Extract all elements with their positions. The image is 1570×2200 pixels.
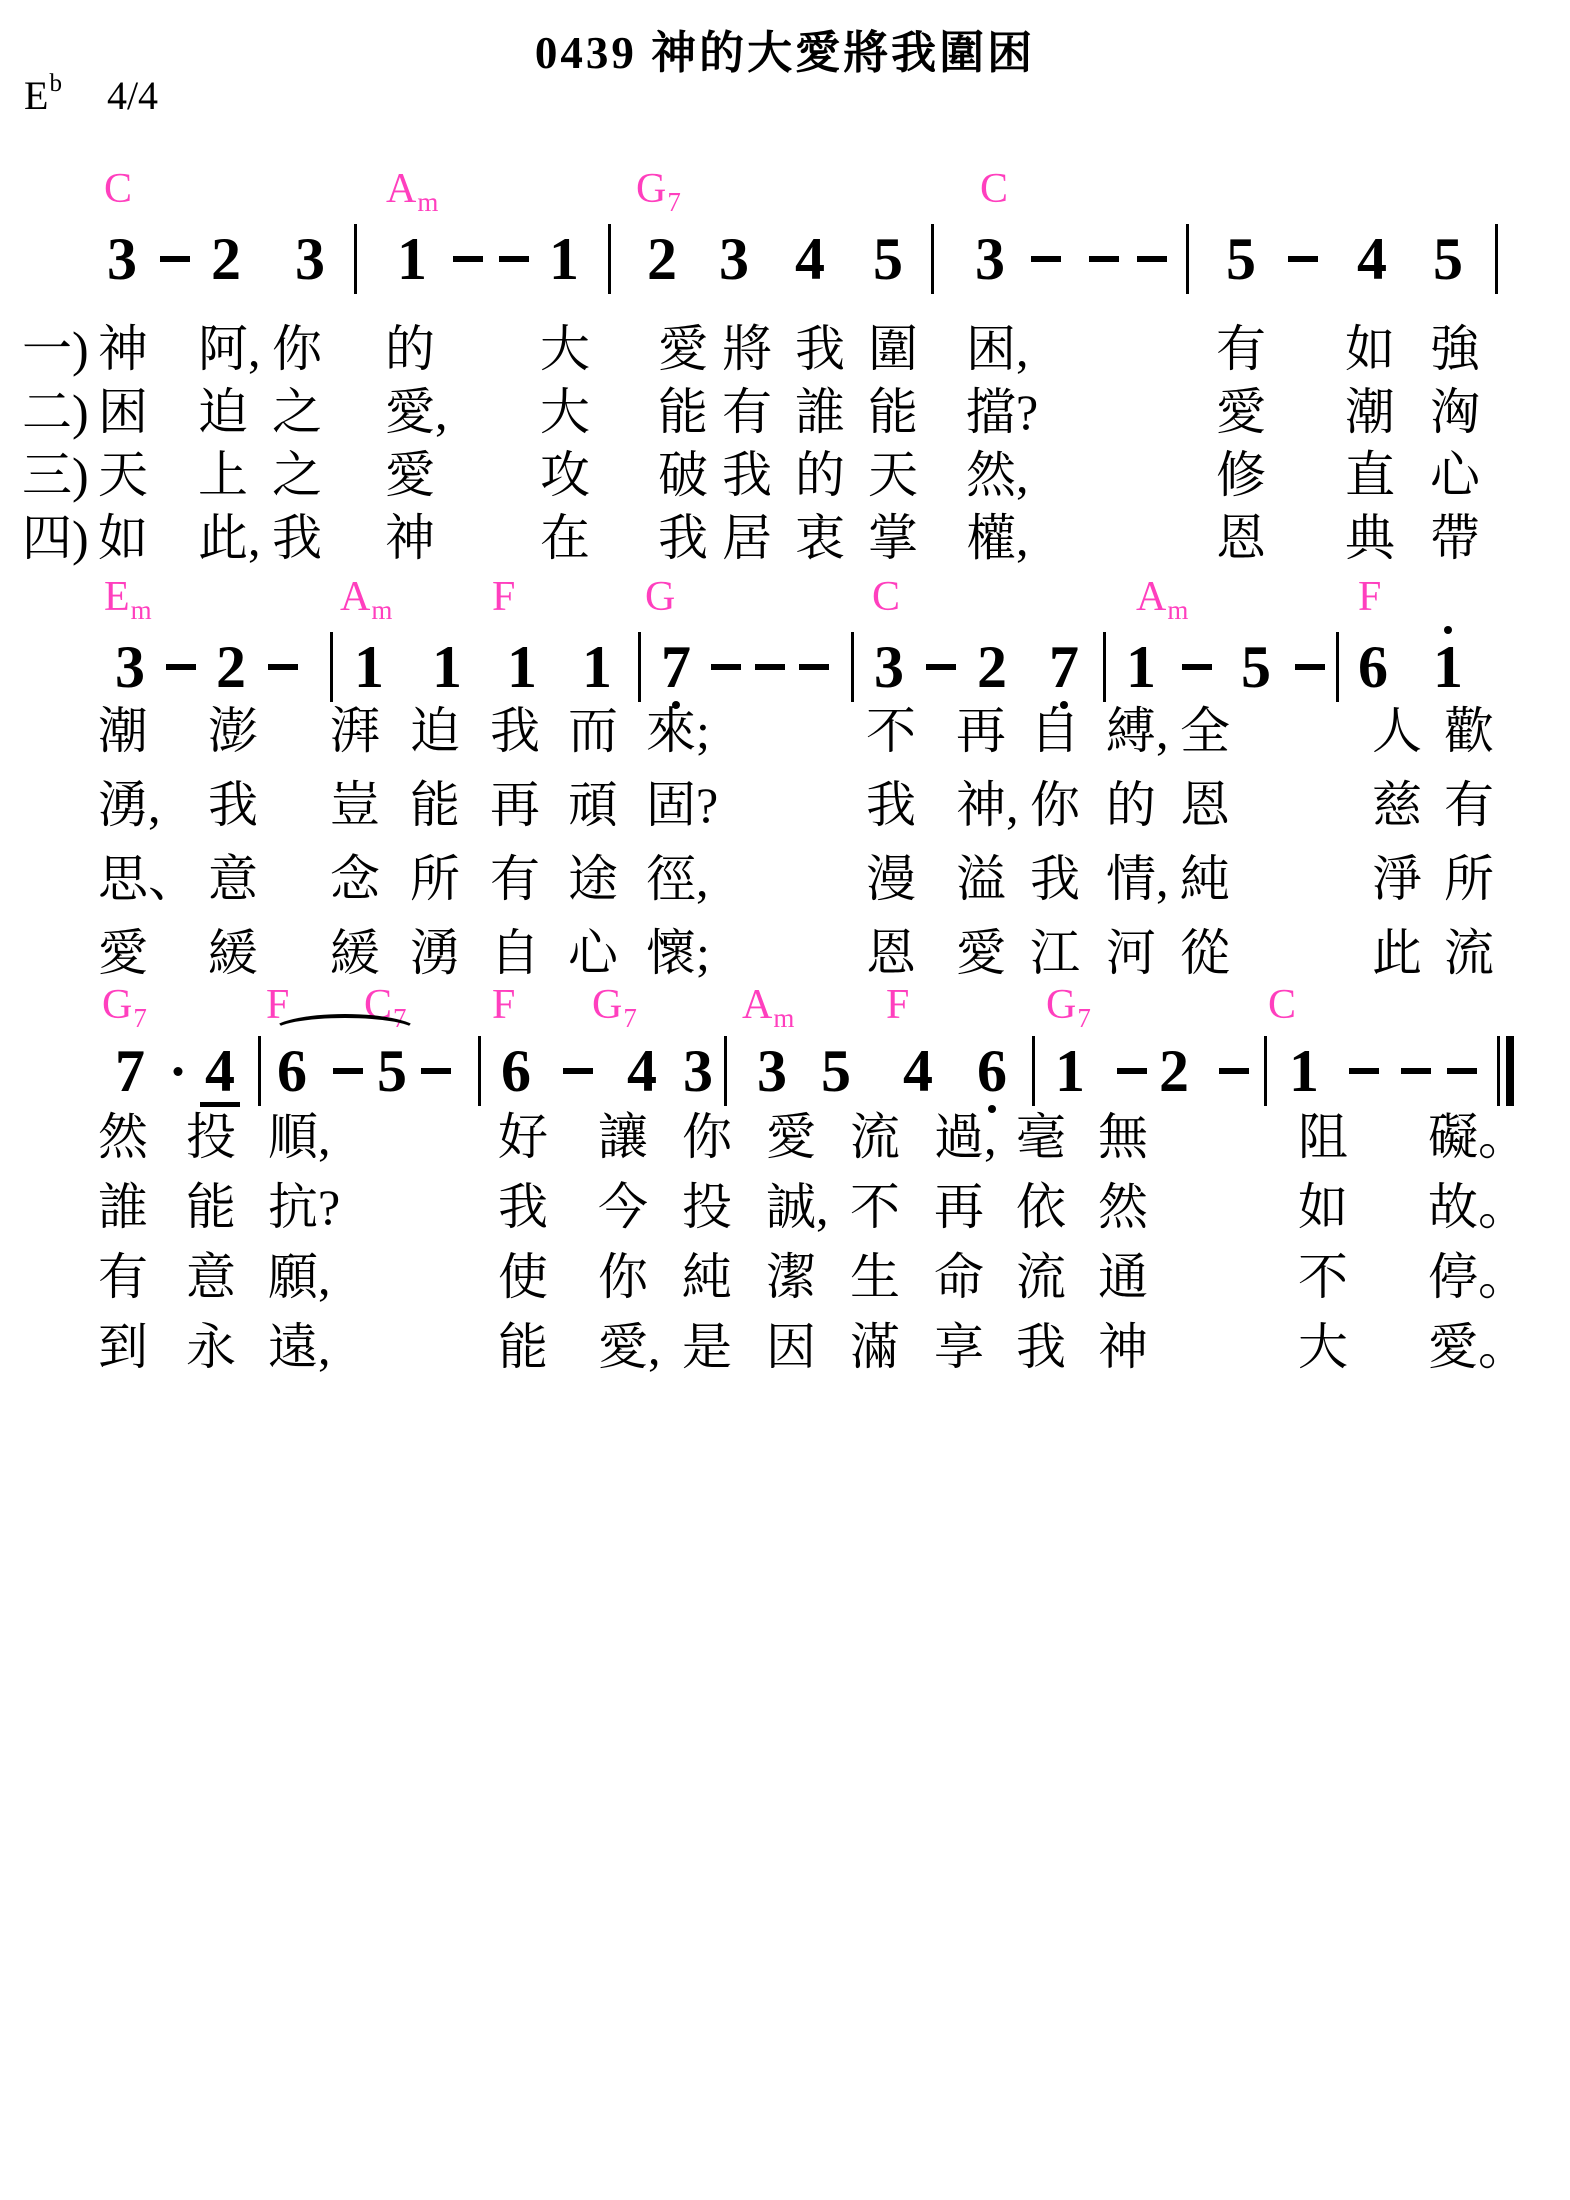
chord-label: F — [886, 982, 909, 1028]
lyric-text: 衷 — [795, 511, 845, 565]
note-dash — [563, 1068, 593, 1074]
lyric-text: 我 — [208, 778, 258, 832]
chord-root: F — [886, 982, 909, 1028]
chord-root: A — [386, 166, 416, 212]
lyric-text: 流 — [1016, 1250, 1066, 1304]
lyric-text: 破 — [658, 448, 708, 502]
lyric-text: 自 — [1030, 704, 1080, 758]
chord-root: F — [1358, 574, 1381, 620]
lyric-text: 然 — [98, 1110, 148, 1164]
lyric-text: 純 — [1180, 852, 1230, 906]
note-digit: 1 — [354, 636, 384, 698]
lyric-text: 大 — [540, 322, 590, 376]
lyric-text: 天 — [98, 448, 148, 502]
barline — [851, 632, 854, 702]
barline — [1495, 224, 1498, 294]
lyric-text: 能 — [186, 1180, 236, 1234]
final-double-barline — [1497, 1036, 1515, 1106]
lyric-text: 能 — [658, 385, 708, 439]
note-digit: 1 — [549, 228, 579, 290]
lyric-text: 四) — [22, 511, 89, 565]
note-dash — [453, 256, 483, 262]
lyric-text: 我 — [498, 1180, 548, 1234]
lyric-text: 不 — [850, 1180, 900, 1234]
lyric-text: 在 — [540, 511, 590, 565]
lyric-text: 淨 — [1372, 852, 1422, 906]
lyric-text: 滿 — [850, 1320, 900, 1374]
chord-root: C — [872, 574, 900, 620]
chord-root: F — [492, 982, 515, 1028]
lyric-text: 故。 — [1428, 1180, 1528, 1234]
lyric-text: 神 — [385, 511, 435, 565]
lyric-text: 愛。 — [1428, 1320, 1528, 1374]
lyric-text: 誰 — [98, 1180, 148, 1234]
lyric-text: 使 — [498, 1250, 548, 1304]
lyric-text: 迫 — [198, 385, 248, 439]
barline — [1032, 1036, 1035, 1106]
note-dash — [1137, 256, 1167, 262]
time-signature: 4/4 — [107, 73, 158, 118]
note-dash — [1349, 1068, 1379, 1074]
lyric-text: 圍 — [868, 322, 918, 376]
chord-label: C — [980, 166, 1008, 212]
chord-label: C — [1268, 982, 1296, 1028]
chord-label: Am — [386, 166, 438, 216]
note-digit: 4 — [903, 1040, 933, 1102]
chord-subscript: m — [1167, 595, 1188, 625]
note-digit: 1 — [1289, 1040, 1319, 1102]
barline — [1103, 632, 1106, 702]
note-dash — [1295, 664, 1325, 670]
chord-root: F — [492, 574, 515, 620]
lyric-text: 湧, — [98, 778, 161, 832]
barline — [1186, 224, 1189, 294]
note-digit: 2 — [216, 636, 246, 698]
lyric-text: 大 — [540, 385, 590, 439]
lyric-text: 湧 — [410, 926, 460, 980]
lyric-text: 從 — [1180, 926, 1230, 980]
lyric-text: 頑 — [568, 778, 618, 832]
note-digit: 5 — [873, 228, 903, 290]
lyric-text: 全 — [1180, 704, 1230, 758]
lyric-text: 愛, — [385, 385, 448, 439]
chord-label: G — [645, 574, 675, 620]
lyric-text: 如 — [1298, 1180, 1348, 1234]
chord-label: G7 — [102, 982, 147, 1032]
lyric-text: 天 — [868, 448, 918, 502]
chord-label: G7 — [1046, 982, 1091, 1032]
lyric-text: 愛 — [98, 926, 148, 980]
lyric-text: 困 — [98, 385, 148, 439]
lyric-text: 掌 — [868, 511, 918, 565]
hymn-sheet-page: 0439 神的大愛將我圍困 Eb4/4 CAmG7C3231123453545一… — [0, 0, 1570, 2200]
note-digit: 5 — [1241, 636, 1271, 698]
lyric-text: 能 — [410, 778, 460, 832]
lyric-text: 再 — [490, 778, 540, 832]
chord-root: A — [1136, 574, 1166, 620]
lyric-text: 再 — [956, 704, 1006, 758]
lyric-text: 抗? — [268, 1180, 340, 1234]
lyric-text: 流 — [1444, 926, 1494, 980]
lyric-text: 一) — [22, 322, 89, 376]
lyric-text: 固? — [646, 778, 718, 832]
barline — [354, 224, 357, 294]
note-digit: 1 — [397, 228, 427, 290]
lyric-text: 阿, — [198, 322, 261, 376]
chord-subscript: 7 — [667, 187, 681, 217]
chord-label: C — [872, 574, 900, 620]
lyric-text: 上 — [198, 448, 248, 502]
lyric-text: 我 — [1030, 852, 1080, 906]
chord-label: G7 — [636, 166, 681, 216]
lyric-text: 純 — [682, 1250, 732, 1304]
note-digit: 7 — [661, 636, 691, 698]
lyric-text: 停。 — [1428, 1250, 1528, 1304]
note-dash — [1031, 256, 1061, 262]
lyric-text: 愛 — [1216, 385, 1266, 439]
note-digit: 3 — [107, 228, 137, 290]
lyric-text: 恩 — [866, 926, 916, 980]
note-digit: 4 — [200, 1040, 240, 1107]
barline — [1336, 632, 1339, 702]
chord-subscript: m — [371, 595, 392, 625]
chord-label: G7 — [592, 982, 637, 1032]
lyric-text: 徑, — [646, 852, 709, 906]
chord-label: Am — [742, 982, 794, 1032]
note-dash — [1219, 1068, 1249, 1074]
note-digit: 1 — [507, 636, 537, 698]
lyric-text: 你 — [1030, 778, 1080, 832]
lyric-text: 緩 — [208, 926, 258, 980]
lyric-text: 澎 — [208, 704, 258, 758]
chord-subscript: 7 — [1077, 1003, 1091, 1033]
chord-subscript: 7 — [133, 1003, 147, 1033]
note-digit: 4 — [627, 1040, 657, 1102]
chord-root: C — [104, 166, 132, 212]
lyric-text: 強 — [1430, 322, 1480, 376]
lyric-text: 修 — [1216, 448, 1266, 502]
lyric-text: 能 — [868, 385, 918, 439]
lyric-text: 帶 — [1430, 511, 1480, 565]
lyric-text: 湃 — [330, 704, 380, 758]
lyric-text: 攻 — [540, 448, 590, 502]
lyric-text: 通 — [1098, 1250, 1148, 1304]
lyric-text: 所 — [410, 852, 460, 906]
chord-subscript: m — [131, 595, 152, 625]
lyric-text: 神 — [1098, 1320, 1148, 1374]
note-digit: 2 — [647, 228, 677, 290]
lyric-text: 豈 — [330, 778, 380, 832]
lyric-text: 洶 — [1430, 385, 1480, 439]
note-digit: 7 — [1049, 636, 1079, 698]
lyric-text: 我 — [795, 322, 845, 376]
note-digit: 2 — [977, 636, 1007, 698]
note-dash — [1089, 256, 1119, 262]
lyric-text: 心 — [568, 926, 618, 980]
lyric-text: 而 — [568, 704, 618, 758]
note-dash — [1447, 1068, 1477, 1074]
lyric-text: 之 — [272, 385, 322, 439]
lyric-text: 慈 — [1372, 778, 1422, 832]
lyric-text: 礙。 — [1428, 1110, 1528, 1164]
lyric-text: 永 — [186, 1320, 236, 1374]
note-dash — [799, 664, 829, 670]
lyric-text: 典 — [1345, 511, 1395, 565]
lyric-text: 此 — [1372, 926, 1422, 980]
lyric-text: 困, — [966, 322, 1029, 376]
lyric-text: 迫 — [410, 704, 460, 758]
note-digit: 2 — [1159, 1040, 1189, 1102]
lyric-text: 潮 — [1345, 385, 1395, 439]
note-digit: 7 — [115, 1040, 145, 1102]
chord-root: G — [645, 574, 675, 620]
note-digit: 3 — [874, 636, 904, 698]
lyric-text: 享 — [934, 1320, 984, 1374]
lyric-text: 不 — [866, 704, 916, 758]
lyric-text: 流 — [850, 1110, 900, 1164]
note-digit: 6 — [501, 1040, 531, 1102]
chord-label: Em — [104, 574, 152, 624]
lyric-text: 溢 — [956, 852, 1006, 906]
note-digit: 5 — [821, 1040, 851, 1102]
lyric-text: 歡 — [1444, 704, 1494, 758]
lyric-text: 的 — [385, 322, 435, 376]
note-digit: 6 — [1358, 636, 1388, 698]
lyric-text: 來; — [646, 704, 710, 758]
lyric-text: 權, — [966, 511, 1029, 565]
lyric-text: 命 — [934, 1250, 984, 1304]
note-digit: 1 — [1126, 636, 1156, 698]
note-dash — [499, 256, 529, 262]
lyric-text: 誰 — [795, 385, 845, 439]
lyric-text: 依 — [1016, 1180, 1066, 1234]
note-dash — [926, 664, 956, 670]
chord-subscript: m — [773, 1003, 794, 1033]
note-digit: 3 — [975, 228, 1005, 290]
lyric-text: 有 — [722, 385, 772, 439]
lyric-text: 今 — [598, 1180, 648, 1234]
chord-root: A — [340, 574, 370, 620]
lyric-text: 愛 — [956, 926, 1006, 980]
chord-root: C — [980, 166, 1008, 212]
lyric-text: 恩 — [1216, 511, 1266, 565]
lyric-text: 人 — [1372, 704, 1422, 758]
lyric-text: 有 — [490, 852, 540, 906]
lyric-text: 生 — [850, 1250, 900, 1304]
lyric-text: 如 — [98, 511, 148, 565]
lyric-text: 潮 — [98, 704, 148, 758]
lyric-text: 念 — [330, 852, 380, 906]
lyric-text: 有 — [1444, 778, 1494, 832]
lyric-text: 恩 — [1180, 778, 1230, 832]
lyric-text: 思、 — [98, 852, 198, 906]
note-dash — [1288, 256, 1318, 262]
lyric-text: 之 — [272, 448, 322, 502]
lyric-text: 投 — [682, 1180, 732, 1234]
chord-subscript: m — [417, 187, 438, 217]
barline — [931, 224, 934, 294]
chord-root: C — [1268, 982, 1296, 1028]
lyric-text: 將 — [722, 322, 772, 376]
lyric-text: 你 — [272, 322, 322, 376]
lyric-text: 居 — [722, 511, 772, 565]
barline — [478, 1036, 481, 1106]
lyric-text: 我 — [658, 511, 708, 565]
barline — [638, 632, 641, 702]
final-bar-thick — [1506, 1036, 1514, 1106]
note-digit: 3 — [683, 1040, 713, 1102]
note-dash — [1117, 1068, 1147, 1074]
chord-label: F — [1358, 574, 1381, 620]
chord-label: Am — [1136, 574, 1188, 624]
lyric-text: 阻 — [1298, 1110, 1348, 1164]
note-digit: 4 — [795, 228, 825, 290]
lyric-text: 情, — [1106, 852, 1169, 906]
key-signature: Eb4/4 — [24, 72, 158, 119]
lyric-text: 有 — [98, 1250, 148, 1304]
note-dash — [160, 256, 190, 262]
lyric-text: 的 — [1106, 778, 1156, 832]
lyric-text: 遠, — [268, 1320, 331, 1374]
lyric-text: 因 — [766, 1320, 816, 1374]
lyric-text: 緩 — [330, 926, 380, 980]
lyric-text: 我 — [1016, 1320, 1066, 1374]
note-digit: 6 — [277, 1040, 307, 1102]
lyric-text: 然 — [1098, 1180, 1148, 1234]
lyric-text: 所 — [1444, 852, 1494, 906]
lyric-text: 順, — [268, 1110, 331, 1164]
chord-label: F — [492, 982, 515, 1028]
note-digit: 4 — [1357, 228, 1387, 290]
note-dash — [1401, 1068, 1431, 1074]
lyric-text: 此, — [198, 511, 261, 565]
note-dash — [268, 664, 298, 670]
chord-label: C — [104, 166, 132, 212]
lyric-text: 有 — [1216, 322, 1266, 376]
lyric-text: 懷; — [646, 926, 710, 980]
lyric-text: 過, — [934, 1110, 997, 1164]
lyric-text: 不 — [1298, 1250, 1348, 1304]
lyric-text: 讓 — [598, 1110, 648, 1164]
final-bar-thin — [1497, 1036, 1500, 1106]
lyric-text: 二) — [22, 385, 89, 439]
lyric-text: 能 — [498, 1320, 548, 1374]
lyric-text: 你 — [682, 1110, 732, 1164]
lyric-text: 江 — [1030, 926, 1080, 980]
lyric-text: 好 — [498, 1110, 548, 1164]
barline — [330, 632, 333, 702]
key-accidental-flat: b — [49, 70, 62, 97]
note-digit: 3 — [295, 228, 325, 290]
note-digit: 1 — [1433, 636, 1463, 698]
barline — [258, 1036, 261, 1106]
note-digit: 5 — [1433, 228, 1463, 290]
lyric-text: 愛, — [598, 1320, 661, 1374]
note-dash — [755, 664, 785, 670]
lyric-text: 我 — [272, 511, 322, 565]
note-digit: 5 — [377, 1040, 407, 1102]
lyric-text: 途 — [568, 852, 618, 906]
lyric-text: 到 — [98, 1320, 148, 1374]
lyric-text: 愛 — [766, 1110, 816, 1164]
barline — [724, 1036, 727, 1106]
lyric-text: 我 — [722, 448, 772, 502]
note-dash — [1182, 664, 1212, 670]
lyric-text: 神 — [98, 322, 148, 376]
note-dash — [166, 664, 196, 670]
note-dash — [711, 664, 741, 670]
chord-root: G — [592, 982, 622, 1028]
lyric-text: 潔 — [766, 1250, 816, 1304]
lyric-text: 我 — [866, 778, 916, 832]
chord-root: G — [1046, 982, 1076, 1028]
lyric-text: 心 — [1430, 448, 1480, 502]
chord-root: E — [104, 574, 130, 620]
lyric-text: 愛 — [385, 448, 435, 502]
lyric-text: 投 — [186, 1110, 236, 1164]
barline — [1264, 1036, 1267, 1106]
lyric-text: 我 — [490, 704, 540, 758]
lyric-text: 漫 — [866, 852, 916, 906]
key-letter: E — [24, 73, 48, 118]
lyric-text: 然, — [966, 448, 1029, 502]
note-dash — [421, 1068, 451, 1074]
chord-root: G — [636, 166, 666, 212]
lyric-text: 大 — [1298, 1320, 1348, 1374]
note-digit: 3 — [757, 1040, 787, 1102]
chord-label: Am — [340, 574, 392, 624]
lyric-text: 是 — [682, 1320, 732, 1374]
lyric-text: 擋? — [966, 385, 1038, 439]
lyric-text: 意 — [186, 1250, 236, 1304]
note-digit: 1 — [432, 636, 462, 698]
note-dash — [333, 1068, 363, 1074]
note-digit: 3 — [719, 228, 749, 290]
lyric-text: 的 — [795, 448, 845, 502]
lyric-text: 神, — [956, 778, 1019, 832]
lyric-text: 意 — [208, 852, 258, 906]
note-digit: 1 — [1055, 1040, 1085, 1102]
lyric-text: 如 — [1345, 322, 1395, 376]
lyric-text: 誠, — [766, 1180, 829, 1234]
lyric-text: 縛, — [1106, 704, 1169, 758]
note-digit: 3 — [115, 636, 145, 698]
chord-root: A — [742, 982, 772, 1028]
lyric-text: 毫 — [1016, 1110, 1066, 1164]
lyric-text: 河 — [1106, 926, 1156, 980]
lyric-text: 愛 — [658, 322, 708, 376]
note-augmentation-dot — [174, 1067, 183, 1076]
note-digit: 2 — [211, 228, 241, 290]
note-digit: 6 — [977, 1040, 1007, 1102]
barline — [608, 224, 611, 294]
lyric-text: 自 — [490, 926, 540, 980]
lyric-text: 直 — [1345, 448, 1395, 502]
lyric-text: 你 — [598, 1250, 648, 1304]
lyric-text: 再 — [934, 1180, 984, 1234]
chord-root: G — [102, 982, 132, 1028]
lyric-text: 無 — [1098, 1110, 1148, 1164]
lyric-text: 三) — [22, 448, 89, 502]
page-title: 0439 神的大愛將我圍困 — [0, 16, 1570, 81]
note-digit: 5 — [1226, 228, 1256, 290]
lyric-text: 願, — [268, 1250, 331, 1304]
chord-label: F — [492, 574, 515, 620]
chord-subscript: 7 — [623, 1003, 637, 1033]
note-digit: 1 — [582, 636, 612, 698]
